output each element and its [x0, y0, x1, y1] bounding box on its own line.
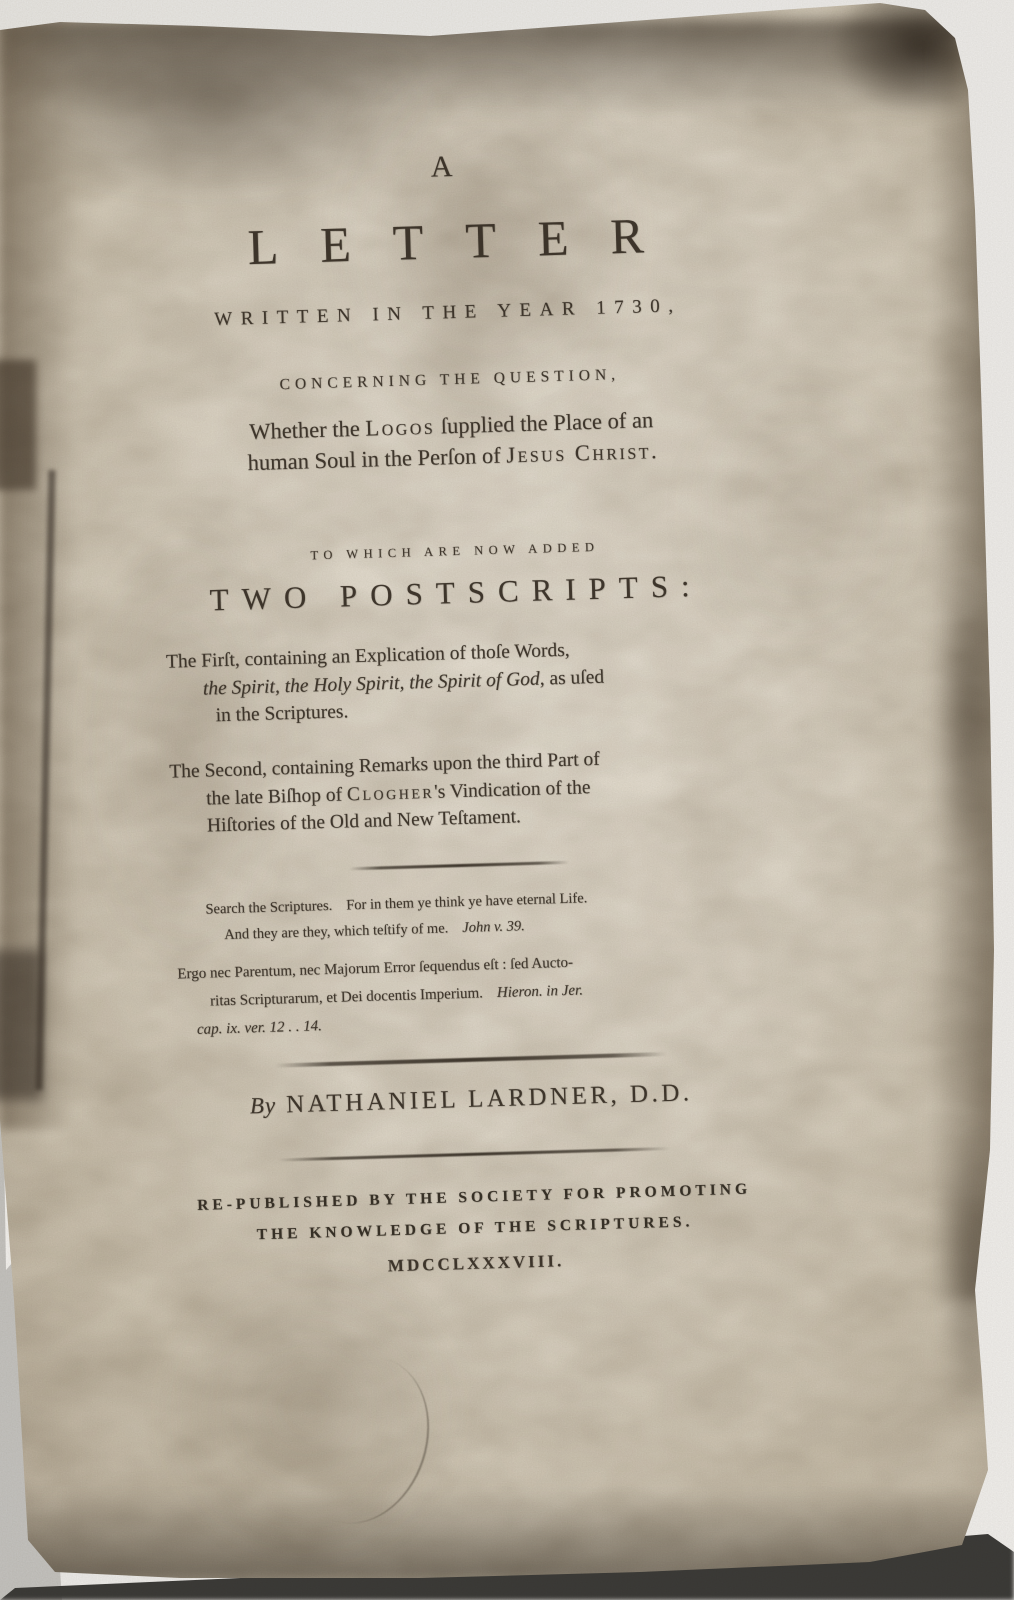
latin-l2-ref: Hieron. in Jer.	[497, 982, 584, 1001]
epigraph-l2-pre: And they are they, which teſtify of me.	[224, 920, 449, 943]
p2-l2-clogher: Clogher	[347, 781, 435, 805]
scripture-epigraph: Search the Scriptures.For in them ye thi…	[205, 881, 766, 949]
p1-l2-post: , as uſed	[539, 666, 604, 689]
divider-rule-3	[278, 1147, 670, 1162]
question-l1-pre: Whether the	[249, 416, 366, 444]
divider-rule-2	[275, 1052, 667, 1068]
byline-by: By	[249, 1093, 276, 1119]
byline: ByNATHANIEL LARDNER, D.D.	[131, 1076, 812, 1124]
question-l1-post: ſupplied the Place of an	[435, 407, 654, 438]
concerning-line: CONCERNING THE QUESTION,	[110, 361, 790, 399]
now-added-line: TO WHICH ARE NOW ADDED	[115, 534, 795, 569]
first-postscript-paragraph: The Firſt, containing an Explication of …	[166, 631, 768, 731]
right-edge-stain-1	[938, 560, 998, 860]
question-l2-post: .	[651, 438, 657, 463]
divider-rule-1	[349, 861, 569, 871]
question-l2-pre: human Soul in the Perſon of	[247, 443, 506, 476]
latin-epigraph: Ergo nec Parentum, nec Majorum Error ſeq…	[177, 943, 769, 1044]
title-initial: A	[103, 140, 784, 194]
printed-text-block: A LETTER WRITTEN IN THE YEAR 1730, CONCE…	[103, 132, 817, 1312]
byline-author: NATHANIEL LARDNER, D.D.	[286, 1079, 693, 1118]
latin-l2-pre: ritas Scripturarum, et Dei docentis Impe…	[210, 985, 483, 1009]
publisher-imprint: RE-PUBLISHED BY THE SOCIETY FOR PROMOTIN…	[134, 1172, 816, 1254]
title-page: A LETTER WRITTEN IN THE YEAR 1730, CONCE…	[0, 0, 1014, 1600]
epigraph-l1a: Search the Scriptures.	[205, 898, 332, 918]
p2-l2-post: 's Vindication of the	[434, 777, 591, 803]
epigraph-l2-ref: John v. 39.	[462, 918, 525, 936]
written-year-line: WRITTEN IN THE YEAR 1730,	[108, 292, 788, 334]
second-postscript-paragraph: The Second, containing Remarks upon the …	[169, 741, 771, 841]
postscripts-heading: TWO POSTSCRIPTS:	[116, 565, 797, 621]
epigraph-l1b: For in them ye think ye have eternal Lif…	[346, 890, 588, 913]
torn-spine-tab	[0, 360, 36, 490]
spine-stain	[0, 950, 43, 1100]
top-right-corner-smudge	[830, 0, 1010, 115]
question-text: Whether the Logos ſupplied the Place of …	[111, 400, 793, 482]
page-title: LETTER	[105, 202, 786, 280]
question-l1-logos: Logos	[365, 414, 436, 441]
p2-l2-pre: the late Biſhop of	[206, 784, 347, 809]
question-l2-names: Jesus Christ	[506, 438, 651, 467]
book-photo: A LETTER WRITTEN IN THE YEAR 1730, CONCE…	[0, 0, 1014, 1600]
right-edge-stain-2	[940, 1120, 1004, 1420]
